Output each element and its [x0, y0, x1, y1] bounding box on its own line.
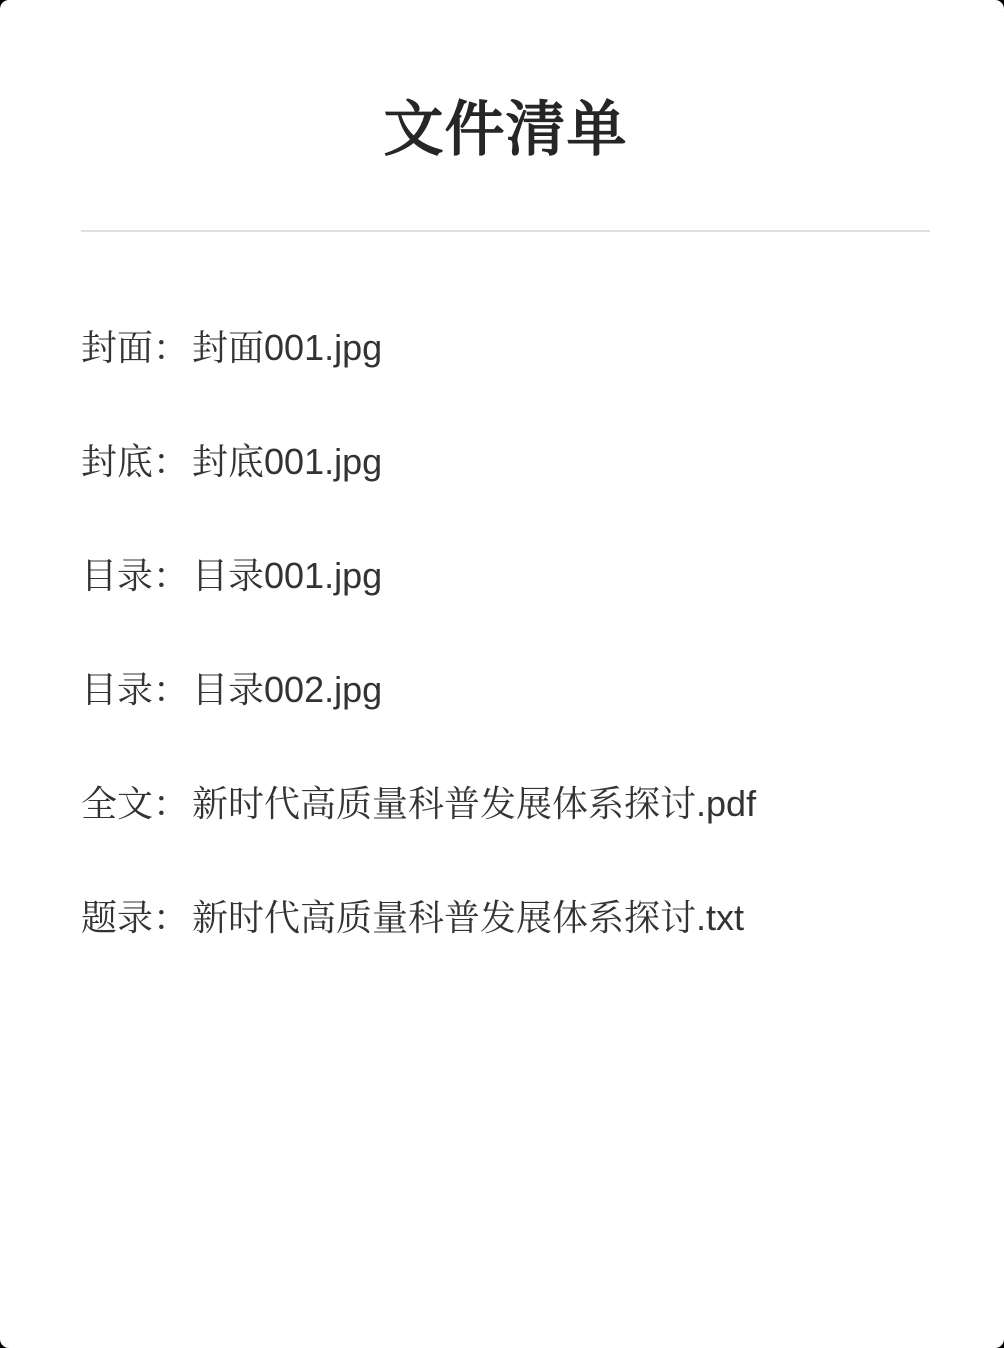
- file-colon: ：: [153, 441, 189, 482]
- file-label: 全文: [81, 783, 153, 824]
- file-colon: ：: [153, 897, 189, 938]
- file-name: 目录002.jpg: [192, 669, 382, 710]
- page-title: 文件清单: [81, 90, 930, 170]
- list-item: 封面：封面001.jpg: [81, 323, 930, 373]
- file-colon: ：: [153, 669, 189, 710]
- list-item: 题录：新时代高质量科普发展体系探讨.txt: [81, 893, 930, 943]
- page: { "title": "文件清单", "colon": "：", "files"…: [0, 0, 1004, 1348]
- list-item: 全文：新时代高质量科普发展体系探讨.pdf: [81, 779, 930, 829]
- list-item: 目录：目录001.jpg: [81, 551, 930, 601]
- file-label: 目录: [81, 669, 153, 710]
- file-name: 封面001.jpg: [192, 327, 382, 368]
- file-name: 封底001.jpg: [192, 441, 382, 482]
- file-colon: ：: [153, 327, 189, 368]
- file-label: 目录: [81, 555, 153, 596]
- file-name: 目录001.jpg: [192, 555, 382, 596]
- file-label: 封底: [81, 441, 153, 482]
- file-label: 题录: [81, 897, 153, 938]
- file-colon: ：: [153, 555, 189, 596]
- file-colon: ：: [153, 783, 189, 824]
- file-label: 封面: [81, 327, 153, 368]
- divider: [81, 230, 930, 232]
- file-name: 新时代高质量科普发展体系探讨.pdf: [192, 783, 756, 824]
- file-list: 封面：封面001.jpg 封底：封底001.jpg 目录：目录001.jpg 目…: [81, 323, 930, 943]
- file-list-card: 文件清单 封面：封面001.jpg 封底：封底001.jpg 目录：目录001.…: [0, 0, 1004, 1348]
- list-item: 目录：目录002.jpg: [81, 665, 930, 715]
- list-item: 封底：封底001.jpg: [81, 437, 930, 487]
- file-name: 新时代高质量科普发展体系探讨.txt: [192, 897, 744, 938]
